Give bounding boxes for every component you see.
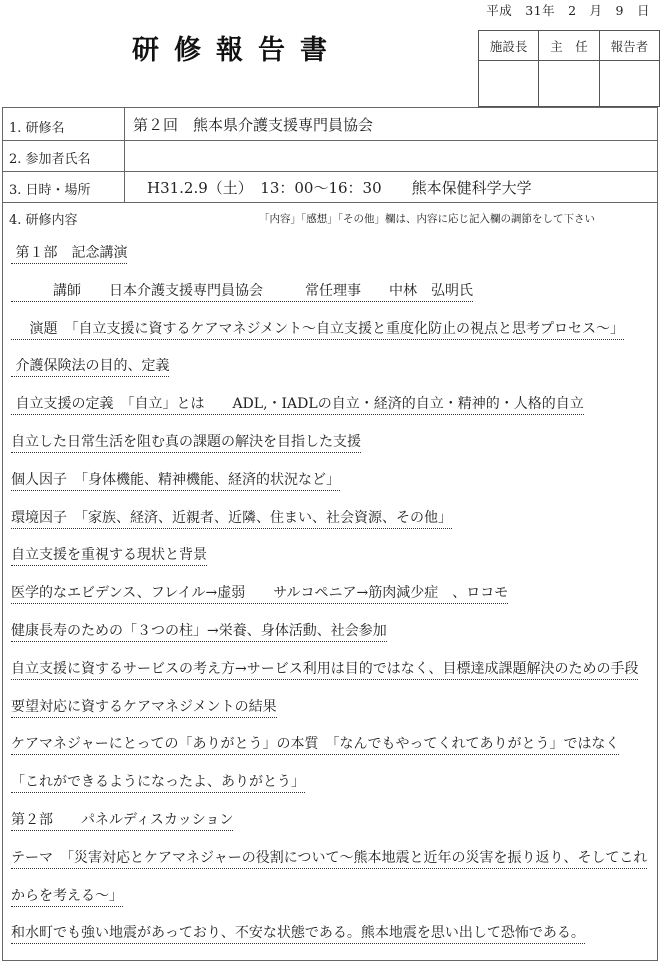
datetime-place-row: 3. 日時・場所 H31.2.9（土） 13：00～16：30 熊本保健科学大学 bbox=[3, 172, 657, 203]
stamp-cell-chief[interactable] bbox=[539, 61, 599, 107]
training-name-label: 1. 研修名 bbox=[9, 117, 65, 136]
content-line: 環境因子 「家族、経済、近親者、近隣、住まい、社会資源、その他」 bbox=[11, 507, 651, 545]
content-line: 介護保険法の目的、定義 bbox=[11, 355, 651, 393]
content-line: 「これができるようになったよ、ありがとう」 bbox=[11, 771, 651, 809]
stamp-header-reporter: 報告者 bbox=[599, 31, 659, 61]
content-line: 和水町でも強い地震があっており、不安な状態である。熊本地震を思い出して恐怖である… bbox=[11, 922, 651, 960]
content-line: 第１部 記念講演 bbox=[11, 242, 651, 280]
training-content-body[interactable]: 第１部 記念講演 講師 日本介護支援専門員協会 常任理事 中林 弘明氏 演題 「… bbox=[11, 242, 651, 960]
participant-field[interactable] bbox=[124, 141, 133, 171]
content-line: 健康長寿のための「３つの柱」→栄養、身体活動、社会参加 bbox=[11, 620, 651, 658]
training-name-row: 1. 研修名 第２回 熊本県介護支援専門員協会 bbox=[3, 108, 657, 141]
datetime-place-field[interactable]: H31.2.9（土） 13：00～16：30 熊本保健科学大学 bbox=[124, 172, 532, 202]
content-line: ケアマネジャーにとっての「ありがとう」の本質 「なんでもやってくれてありがとう」… bbox=[11, 733, 651, 771]
stamp-cell-director[interactable] bbox=[479, 61, 539, 107]
datetime-place-label: 3. 日時・場所 bbox=[9, 179, 91, 198]
content-line: 第２部 パネルディスカッション bbox=[11, 809, 651, 847]
report-form: 1. 研修名 第２回 熊本県介護支援専門員協会 2. 参加者氏名 3. 日時・場… bbox=[2, 107, 658, 961]
content-line: 自立支援に資するサービスの考え方→サービス利用は目的ではなく、目標達成課題解決の… bbox=[11, 658, 651, 696]
content-line: 講師 日本介護支援専門員協会 常任理事 中林 弘明氏 bbox=[11, 280, 651, 318]
content-line: 自立した日常生活を阻む真の課題の解決を目指した支援 bbox=[11, 431, 651, 469]
page-title: 研修報告書 bbox=[132, 28, 342, 67]
participant-row: 2. 参加者氏名 bbox=[3, 141, 657, 172]
content-line: 自立支援を重視する現状と背景 bbox=[11, 544, 651, 582]
stamp-header-director: 施設長 bbox=[479, 31, 539, 61]
instruction-note: 「内容」「感想」「その他」欄は、内容に応じ記入欄の調節をして下さい bbox=[259, 211, 595, 226]
content-line: 要望対応に資するケアマネジメントの結果 bbox=[11, 696, 651, 734]
approval-stamp-box: 施設長 主 任 報告者 bbox=[478, 30, 660, 107]
content-line: 医学的なエビデンス、フレイル→虚弱 サルコペニア→筋肉減少症 、ロコモ bbox=[11, 582, 651, 620]
content-line: 個人因子 「身体機能、精神機能、経済的状況など」 bbox=[11, 469, 651, 507]
content-line: からを考える～」 bbox=[11, 885, 651, 923]
training-content-label: 4. 研修内容 bbox=[9, 209, 78, 228]
training-name-field[interactable]: 第２回 熊本県介護支援専門員協会 bbox=[124, 108, 373, 140]
stamp-cell-reporter[interactable] bbox=[599, 61, 659, 107]
stamp-header-chief: 主 任 bbox=[539, 31, 599, 61]
participant-label: 2. 参加者氏名 bbox=[9, 148, 91, 167]
content-line: 演題 「自立支援に資するケアマネジメント～自立支援と重度化防止の視点と思考プロセ… bbox=[11, 318, 651, 356]
content-line: テーマ 「災害対応とケアマネジャーの役割について～熊本地震と近年の災害を振り返り… bbox=[11, 847, 651, 885]
report-date: 平成 31年 2 月 9 日 bbox=[486, 1, 650, 19]
content-line: 自立支援の定義 「自立」とは ADL,・IADLの自立・経済的自立・精神的・人格… bbox=[11, 393, 651, 431]
